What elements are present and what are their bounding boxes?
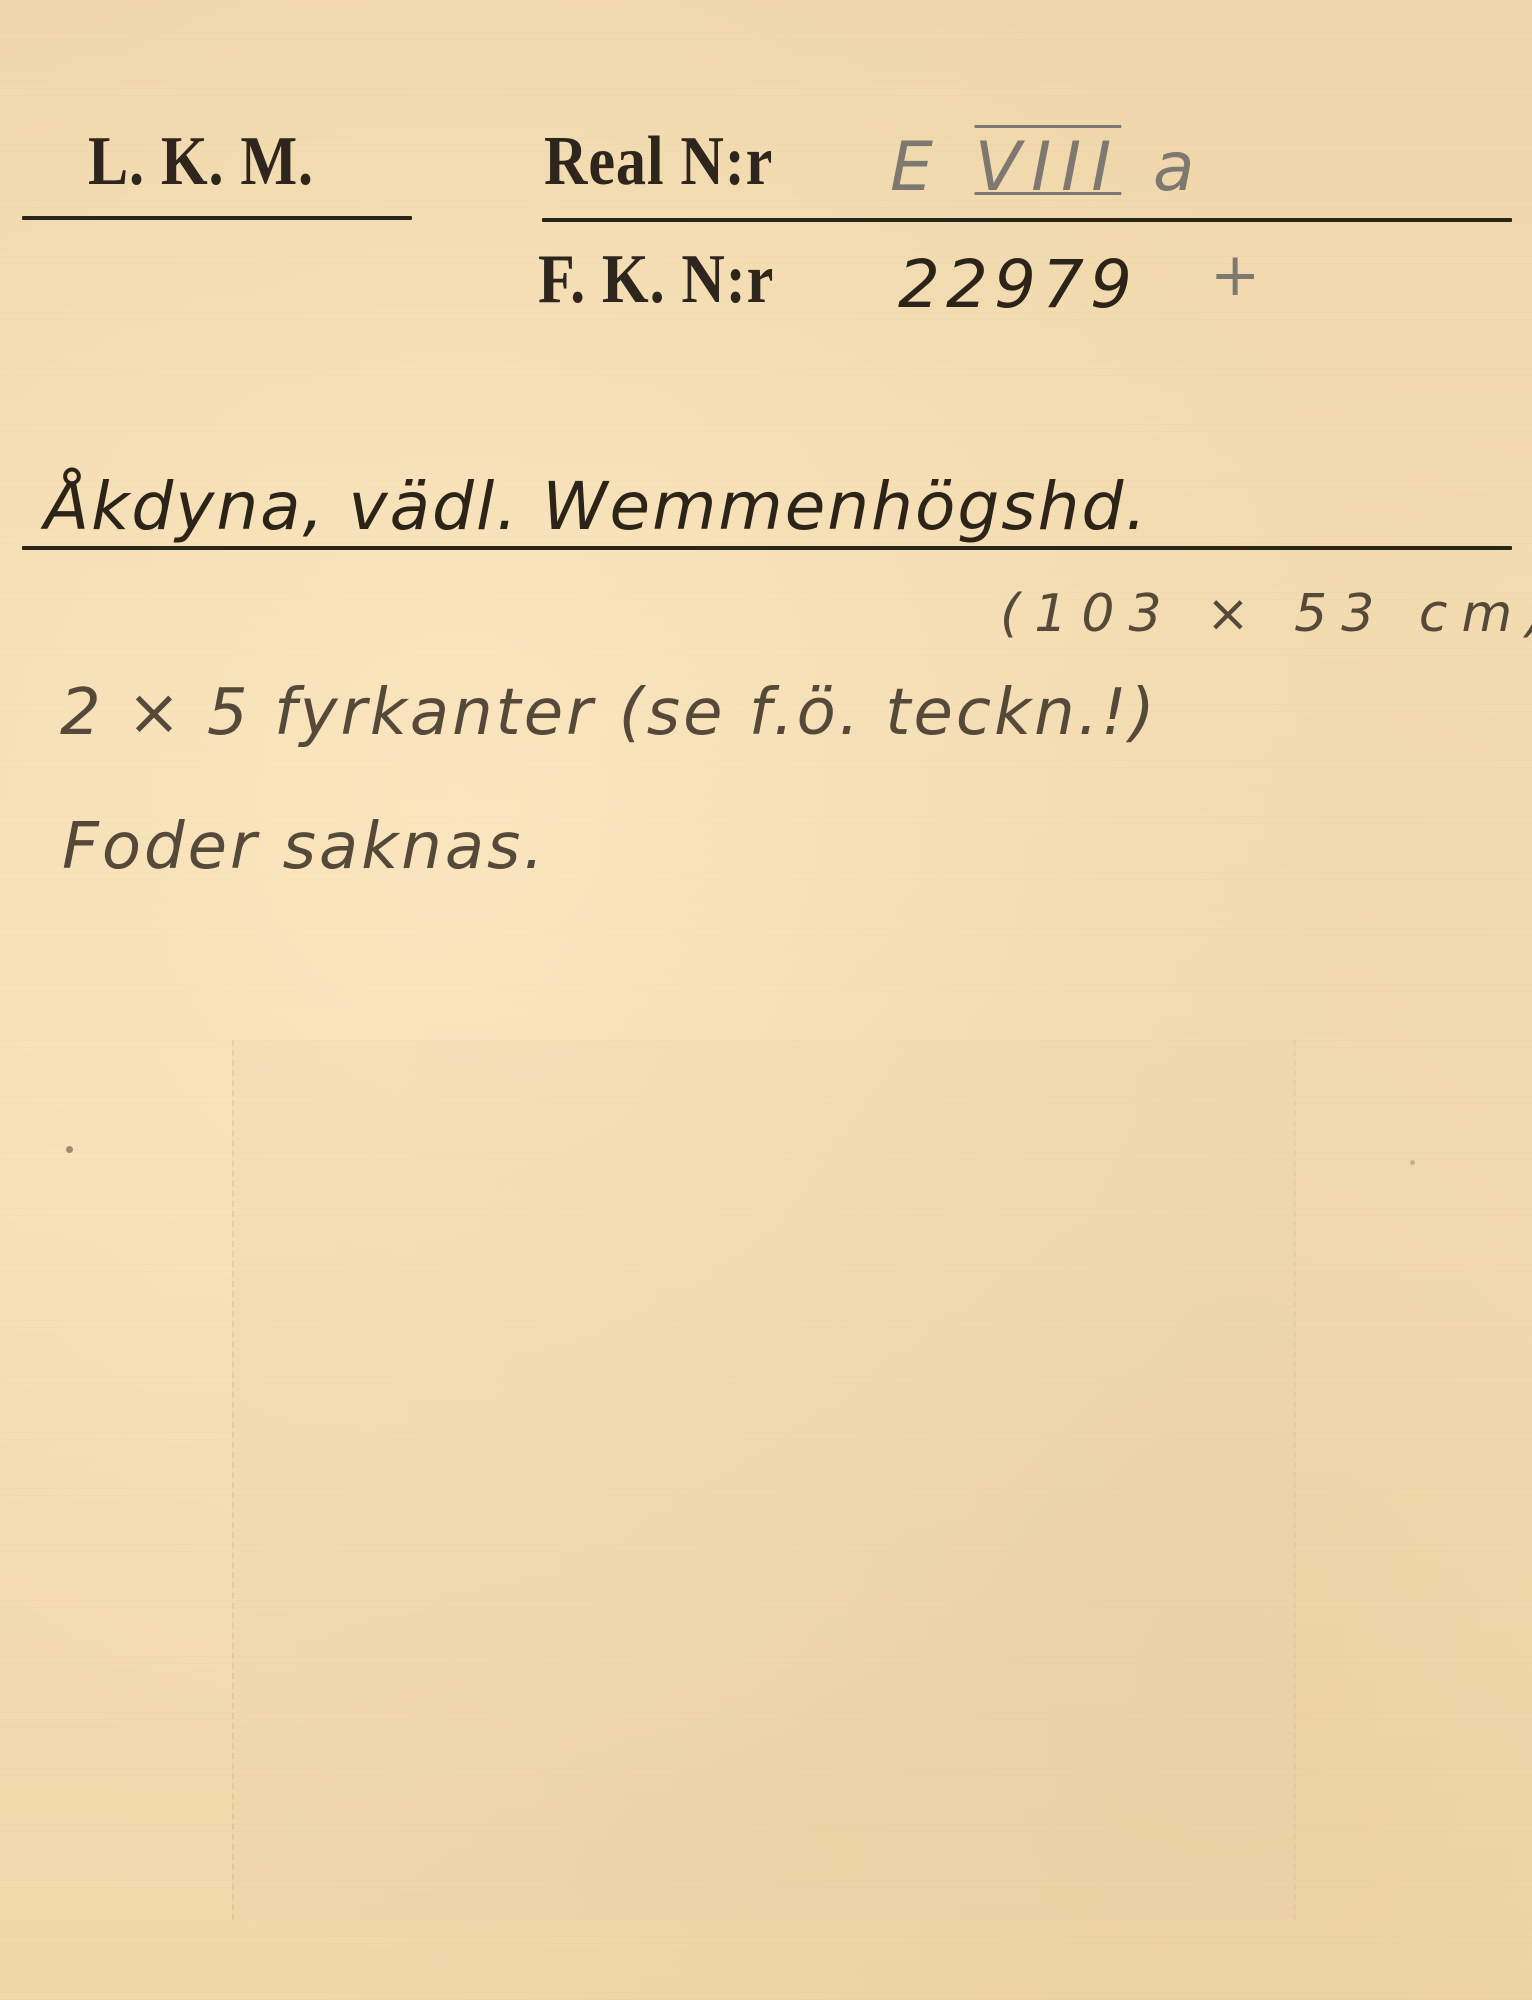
- paper-speck: [66, 1146, 73, 1153]
- collection-label: L. K. M.: [88, 122, 314, 202]
- catalog-card: L. K. M. Real N:r E VIII a F. K. N:r 229…: [0, 0, 1532, 2000]
- fk-number-mark: +: [1210, 240, 1260, 310]
- collection-underline: [22, 216, 412, 220]
- description-line: Foder saknas.: [62, 810, 547, 884]
- fk-number-label: F. K. N:r: [538, 240, 774, 320]
- fk-number-value: 22979: [898, 246, 1138, 323]
- title-underline: [22, 546, 1512, 550]
- reverse-bleed-through: [232, 1040, 1296, 1920]
- real-number-label: Real N:r: [544, 122, 773, 202]
- header-divider: [542, 218, 1512, 222]
- real-number-prefix: E: [890, 128, 943, 207]
- real-number-value: E VIII a: [890, 128, 1205, 207]
- object-dimensions: (103 × 53 cm): [1000, 584, 1532, 644]
- real-number-roman: VIII: [975, 128, 1122, 207]
- real-number-suffix: a: [1153, 128, 1205, 207]
- paper-speck: [1410, 1160, 1415, 1165]
- object-title: Åkdyna, vädl. Wemmenhögshd.: [44, 468, 1148, 545]
- description-line: 2 × 5 fyrkanter (se f.ö. teckn.!): [60, 676, 1158, 750]
